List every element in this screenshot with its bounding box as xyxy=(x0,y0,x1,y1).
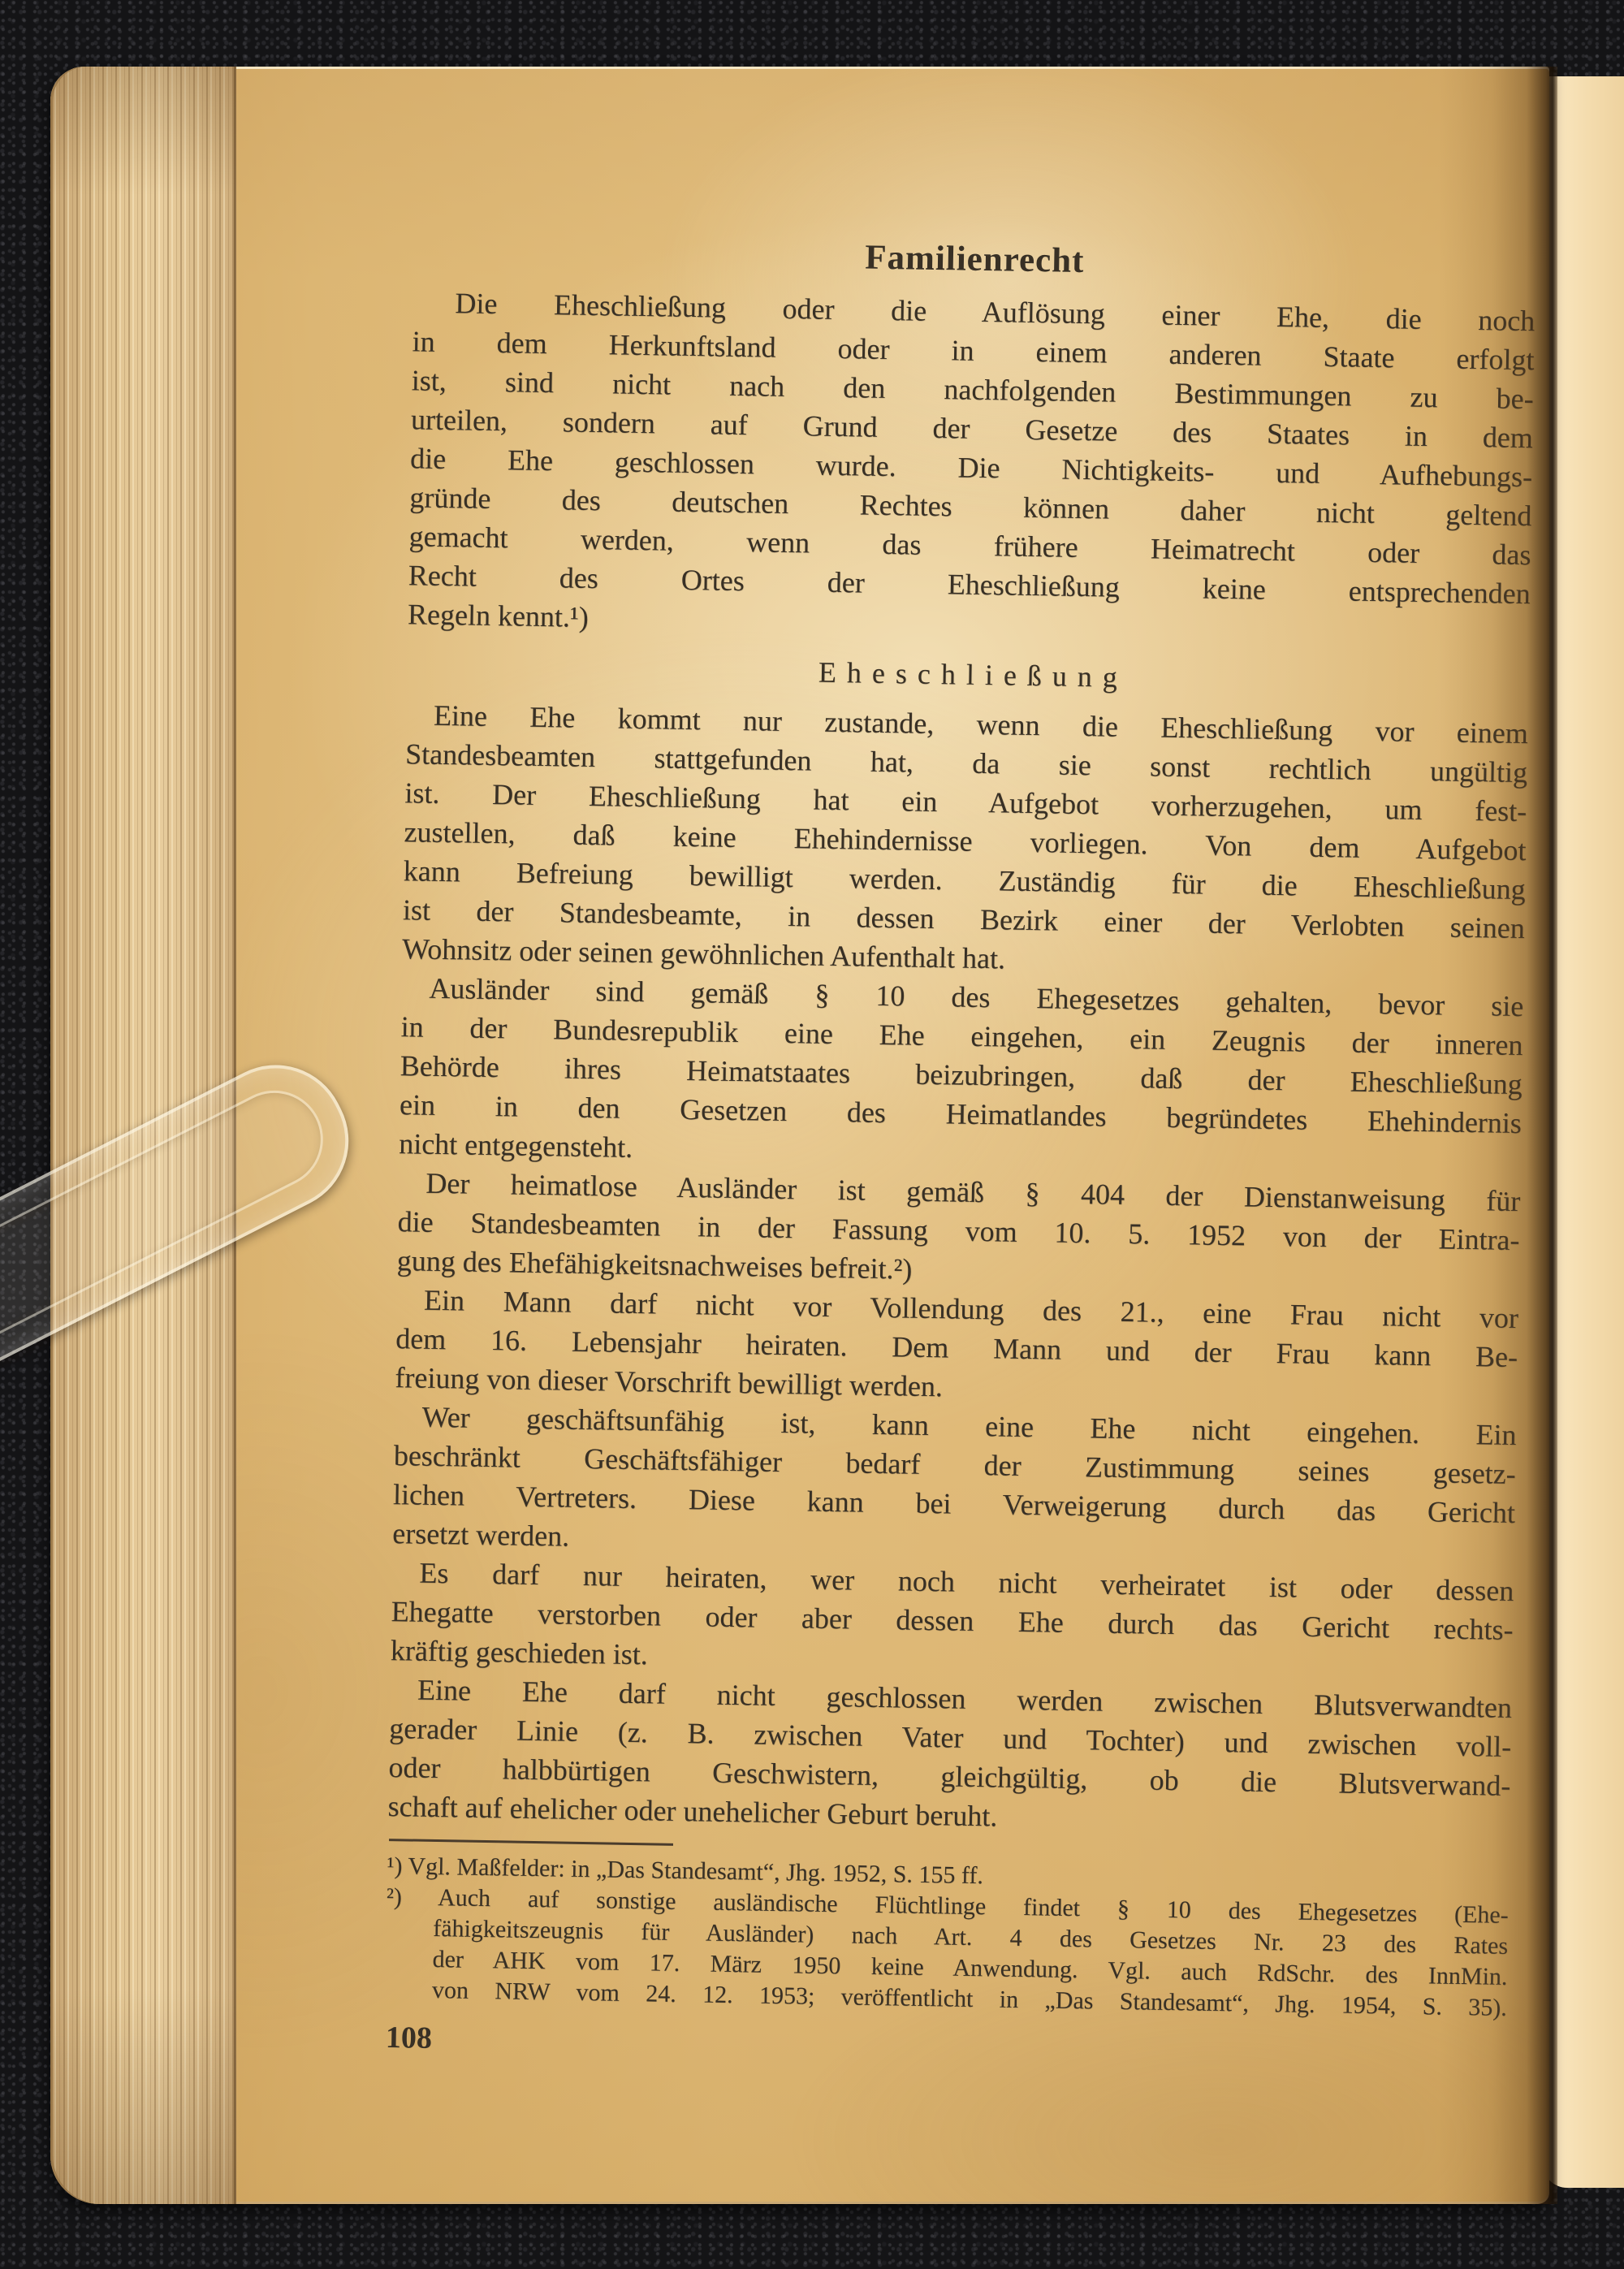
paragraph: Ausländer sind gemäß § 10 des Ehegesetze… xyxy=(399,968,1524,1182)
printed-text-block: Familienrecht Die Eheschließung oder die… xyxy=(383,203,1536,2106)
paragraph: Der heimatlose Ausländer ist gemäß § 404… xyxy=(396,1163,1520,1299)
paragraph: Es darf nur heiraten, wer noch nicht ver… xyxy=(391,1553,1514,1688)
paragraph-intro: Die Eheschließung oder die Auflösung ein… xyxy=(408,283,1535,652)
page-number: 108 xyxy=(386,2020,1507,2074)
paragraph: Wer geschäftsunfähig ist, kann eine Ehe … xyxy=(392,1397,1517,1571)
paragraph: Ein Mann darf nicht vor Vollendung des 2… xyxy=(395,1280,1518,1415)
book-scan-photo: Familienrecht Die Eheschließung oder die… xyxy=(0,0,1624,2269)
footnotes: ¹) Vgl. Maßfelder: in „Das Standesamt“, … xyxy=(385,1851,1510,2024)
paragraph: Eine Ehe kommt nur zustande, wenn die Eh… xyxy=(402,695,1528,987)
paragraph: Eine Ehe darf nicht geschlossen werden z… xyxy=(387,1670,1512,1844)
footnote-separator xyxy=(389,1839,673,1846)
section-heading: Eheschließung xyxy=(407,645,1530,704)
next-page-edge xyxy=(1543,76,1624,2188)
